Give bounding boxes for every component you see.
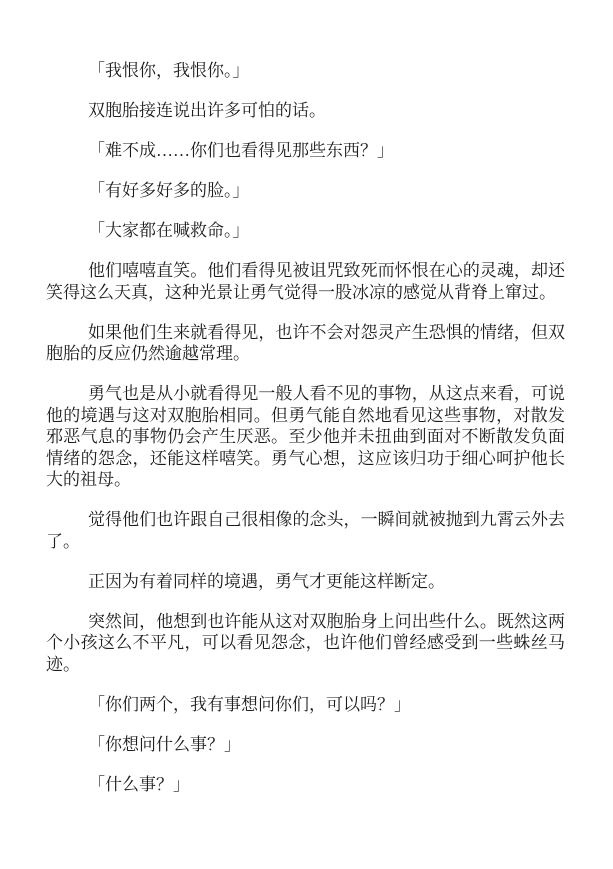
paragraph-narration: 正因为有着同样的境遇，勇气才更能这样断定。: [46, 571, 565, 593]
paragraph-narration: 突然间，他想到也许能从这对双胞胎身上问出些什么。既然这两个小孩这么不平凡，可以看…: [46, 611, 565, 676]
paragraph-dialogue: 「你们两个，我有事想问你们，可以吗？」: [46, 694, 565, 716]
paragraph-dialogue: 「我恨你，我恨你。」: [46, 60, 565, 82]
paragraph-narration: 勇气也是从小就看得见一般人看不见的事物，从这点来看，可说他的境遇与这对双胞胎相同…: [46, 383, 565, 491]
paragraph-dialogue: 「什么事？」: [46, 774, 565, 796]
book-page: 「我恨你，我恨你。」 双胞胎接连说出许多可怕的话。 「难不成……你们也看得见那些…: [0, 0, 613, 869]
paragraph-narration: 如果他们生来就看得见，也许不会对怨灵产生恐惧的情绪，但双胞胎的反应仍然逾越常理。: [46, 322, 565, 365]
paragraph-dialogue: 「大家都在喊救命。」: [46, 220, 565, 242]
paragraph-narration: 双胞胎接连说出许多可怕的话。: [46, 100, 565, 122]
paragraph-dialogue: 「你想问什么事？」: [46, 734, 565, 756]
paragraph-dialogue: 「有好多好多的脸。」: [46, 180, 565, 202]
paragraph-narration: 觉得他们也许跟自己很相像的念头，一瞬间就被抛到九霄云外去了。: [46, 509, 565, 552]
paragraph-narration: 他们嘻嘻直笑。他们看得见被诅咒致死而怀恨在心的灵魂，却还笑得这么天真，这种光景让…: [46, 260, 565, 303]
paragraph-dialogue: 「难不成……你们也看得见那些东西？」: [46, 140, 565, 162]
